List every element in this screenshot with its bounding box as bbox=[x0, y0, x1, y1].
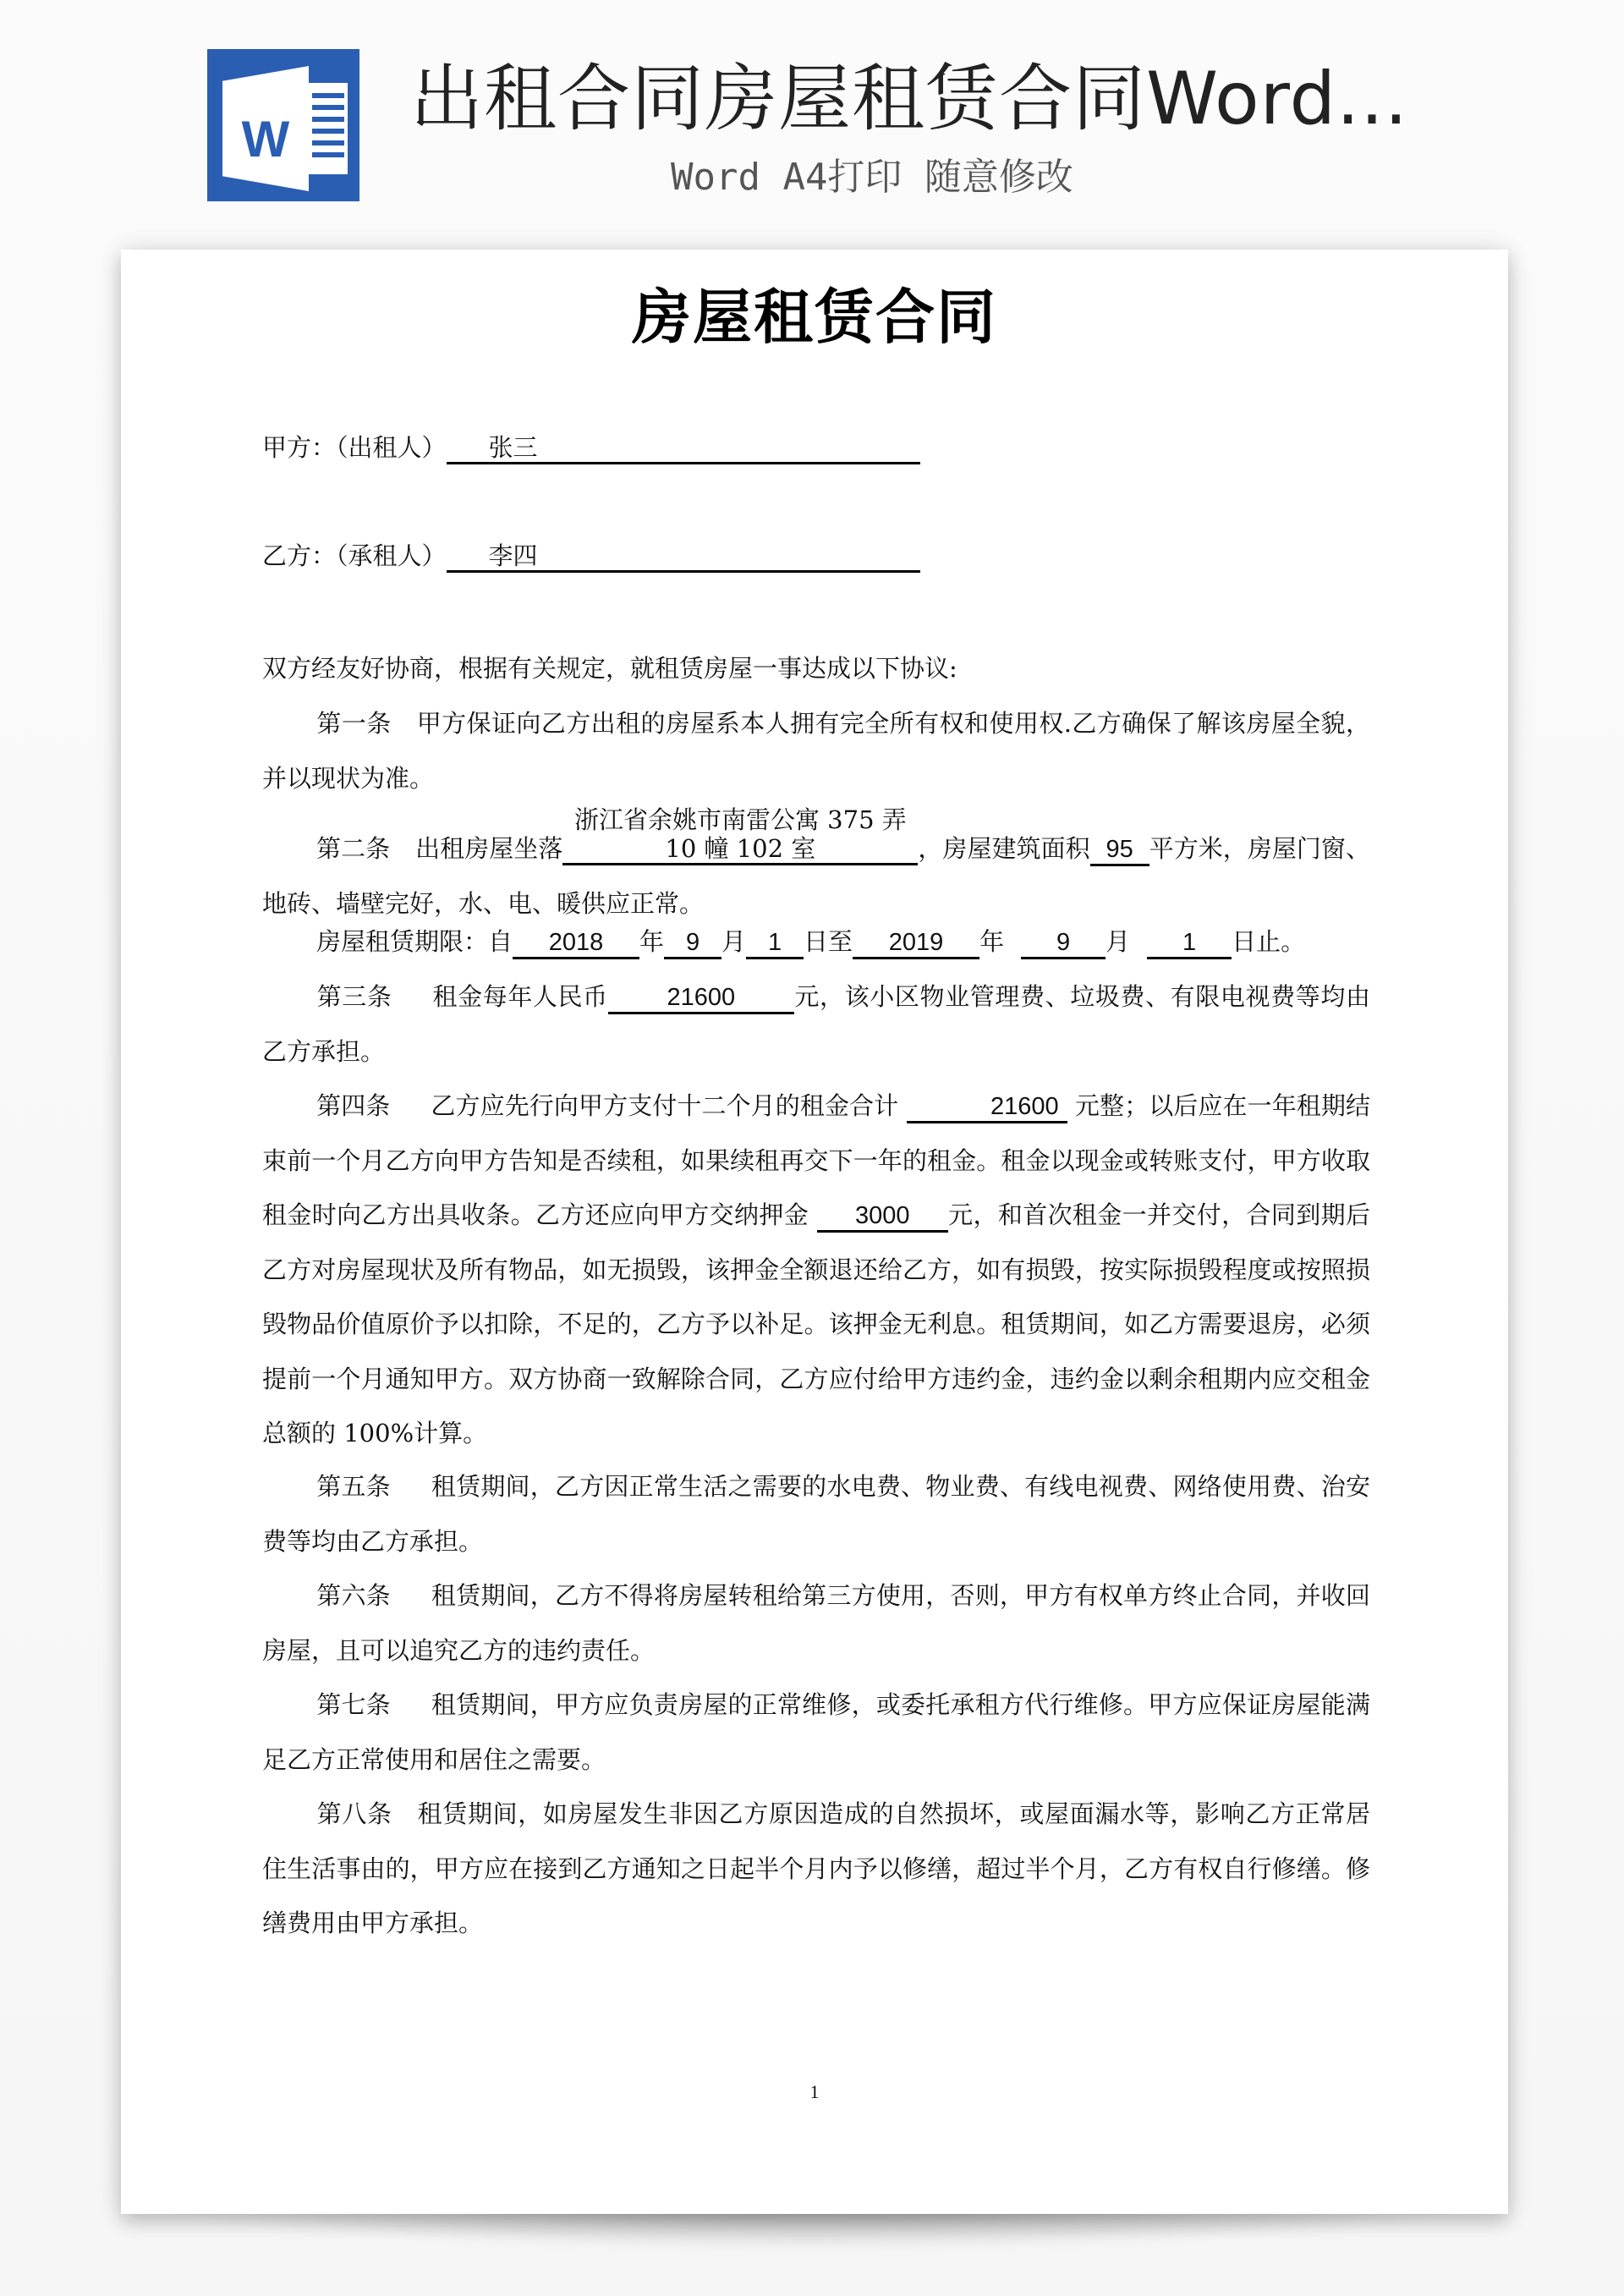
term-to-text: 日至 bbox=[804, 927, 853, 956]
clause-4-text-a: 乙方应先行向甲方支付十二个月的租金合计 bbox=[431, 1091, 898, 1120]
start-year-field[interactable]: 2018 bbox=[513, 928, 639, 959]
clause-2-text-b: ，房屋建筑面积 bbox=[918, 834, 1089, 863]
document-page: 房屋租赁合同 甲方：（出租人）张三 乙方：（承租人）李四 双方经友好协商，根据有… bbox=[121, 250, 1508, 2214]
party-b-line: 乙方：（承租人）李四 bbox=[262, 539, 920, 573]
clause-4-text-c: 元，和首次租金一并交付，合同到期后乙方对房屋现状及所有物品，如无损毁，该押金全额… bbox=[262, 1200, 1370, 1447]
term-text-a: 房屋租赁期限：自 bbox=[316, 927, 513, 956]
clause-7: 第七条租赁期间，甲方应负责房屋的正常维修，或委托承租方代行维修。甲方应保证房屋能… bbox=[262, 1678, 1370, 1787]
word-icon-line bbox=[312, 93, 344, 98]
area-field[interactable]: 95 bbox=[1090, 835, 1149, 866]
deposit-field[interactable]: 3000 bbox=[817, 1201, 948, 1233]
party-a-line: 甲方：（出租人）张三 bbox=[262, 431, 920, 464]
party-a-field[interactable]: 张三 bbox=[447, 433, 920, 464]
clause-2-text-a: 出租房屋坐落 bbox=[415, 834, 562, 863]
word-icon-line bbox=[312, 129, 344, 134]
term-end-text: 日止。 bbox=[1232, 927, 1305, 956]
intro-text: 双方经友好协商，根据有关规定，就租赁房屋一事达成以下协议: bbox=[262, 654, 957, 683]
word-icon-sheet bbox=[309, 83, 348, 174]
term-month-label-2: 月 bbox=[1106, 927, 1130, 956]
clause-1-text: 甲方保证向乙方出租的房屋系本人拥有完全所有权和使用权.乙方确保了解该房屋全貌，并… bbox=[262, 709, 1370, 793]
party-b-label: 乙方：（承租人） bbox=[262, 541, 447, 570]
clause-2-label: 第二条 bbox=[316, 834, 390, 863]
clause-8: 第八条租赁期间，如房屋发生非因乙方原因造成的自然损坏，或屋面漏水等，影响乙方正常… bbox=[262, 1787, 1370, 1951]
clause-6-label: 第六条 bbox=[316, 1581, 391, 1610]
clause-3: 第三条租金每年人民币21600元，该小区物业管理费、垃圾费、有限电视费等均由乙方… bbox=[262, 969, 1370, 1079]
end-month-field[interactable]: 9 bbox=[1021, 928, 1106, 959]
clause-8-text: 租赁期间，如房屋发生非因乙方原因造成的自然损坏，或屋面漏水等，影响乙方正常居住生… bbox=[262, 1799, 1370, 1937]
word-icon-line bbox=[312, 152, 344, 157]
end-day-field[interactable]: 1 bbox=[1147, 928, 1232, 959]
header-banner: W 出租合同房屋租赁合同Word... Word A4打印 随意修改 bbox=[0, 0, 1624, 237]
term-year-label: 年 bbox=[639, 927, 664, 956]
preview-stage: W 出租合同房屋租赁合同Word... Word A4打印 随意修改 房屋租赁合… bbox=[0, 0, 1624, 2296]
clause-5-label: 第五条 bbox=[316, 1472, 391, 1501]
party-b-field[interactable]: 李四 bbox=[447, 541, 920, 573]
term-year-label-2: 年 bbox=[979, 927, 1004, 956]
word-icon-letter: W bbox=[229, 110, 302, 168]
clause-6-text: 租赁期间，乙方不得将房屋转租给第三方使用，否则，甲方有权单方终止合同，并收回房屋… bbox=[262, 1581, 1370, 1665]
annual-rent-field[interactable]: 21600 bbox=[608, 983, 794, 1014]
clause-3-text-a: 租金每年人民币 bbox=[432, 982, 607, 1011]
end-year-field[interactable]: 2019 bbox=[853, 928, 979, 959]
word-icon-line bbox=[312, 117, 344, 122]
word-icon-cover: W bbox=[222, 66, 309, 191]
intro-paragraph: 双方经友好协商，根据有关规定，就租赁房屋一事达成以下协议: bbox=[262, 641, 1370, 696]
header-subtitle: Word A4打印 随意修改 bbox=[671, 152, 1073, 203]
page-number: 1 bbox=[121, 2081, 1508, 2103]
word-icon-line bbox=[312, 105, 344, 110]
document-title: 房屋租赁合同 bbox=[121, 275, 1508, 360]
clause-8-label: 第八条 bbox=[316, 1799, 392, 1828]
clause-1: 第一条甲方保证向乙方出租的房屋系本人拥有完全所有权和使用权.乙方确保了解该房屋全… bbox=[262, 696, 1370, 805]
header-title: 出租合同房屋租赁合同Word... bbox=[410, 52, 1408, 146]
clause-6: 第六条租赁期间，乙方不得将房屋转租给第三方使用，否则，甲方有权单方终止合同，并收… bbox=[262, 1568, 1370, 1678]
clause-1-label: 第一条 bbox=[316, 709, 392, 738]
clause-4-label: 第四条 bbox=[316, 1091, 390, 1120]
clause-3-label: 第三条 bbox=[316, 982, 392, 1011]
clause-4: 第四条乙方应先行向甲方支付十二个月的租金合计 21600 元整；以后应在一年租期… bbox=[262, 1079, 1370, 1461]
clause-3-text-b: 元，该小区物业管理费、垃圾费、有限电视费等均由乙方承担。 bbox=[262, 982, 1370, 1066]
word-document-icon: W bbox=[207, 49, 359, 201]
clause-2: 第二条出租房屋坐落浙江省余姚市南雷公寓 375 弄 10 幢 102 室，房屋建… bbox=[262, 805, 1370, 931]
lease-term: 房屋租赁期限：自2018年9月1日至2019年9月1日止。 bbox=[262, 915, 1370, 969]
word-icon-line bbox=[312, 140, 344, 146]
clause-5: 第五条租赁期间，乙方因正常生活之需要的水电费、物业费、有线电视费、网络使用费、治… bbox=[262, 1459, 1370, 1568]
clause-7-label: 第七条 bbox=[316, 1690, 391, 1719]
clause-7-text: 租赁期间，甲方应负责房屋的正常维修，或委托承租方代行维修。甲方应保证房屋能满足乙… bbox=[262, 1690, 1370, 1774]
total-rent-field[interactable]: 21600 bbox=[907, 1092, 1067, 1123]
start-day-field[interactable]: 1 bbox=[746, 928, 804, 959]
party-a-label: 甲方：（出租人） bbox=[262, 433, 447, 462]
start-month-field[interactable]: 9 bbox=[664, 928, 721, 959]
term-month-label: 月 bbox=[721, 927, 746, 956]
clause-5-text: 租赁期间，乙方因正常生活之需要的水电费、物业费、有线电视费、网络使用费、治安费等… bbox=[262, 1472, 1370, 1556]
address-field[interactable]: 浙江省余姚市南雷公寓 375 弄 10 幢 102 室 bbox=[562, 805, 918, 865]
